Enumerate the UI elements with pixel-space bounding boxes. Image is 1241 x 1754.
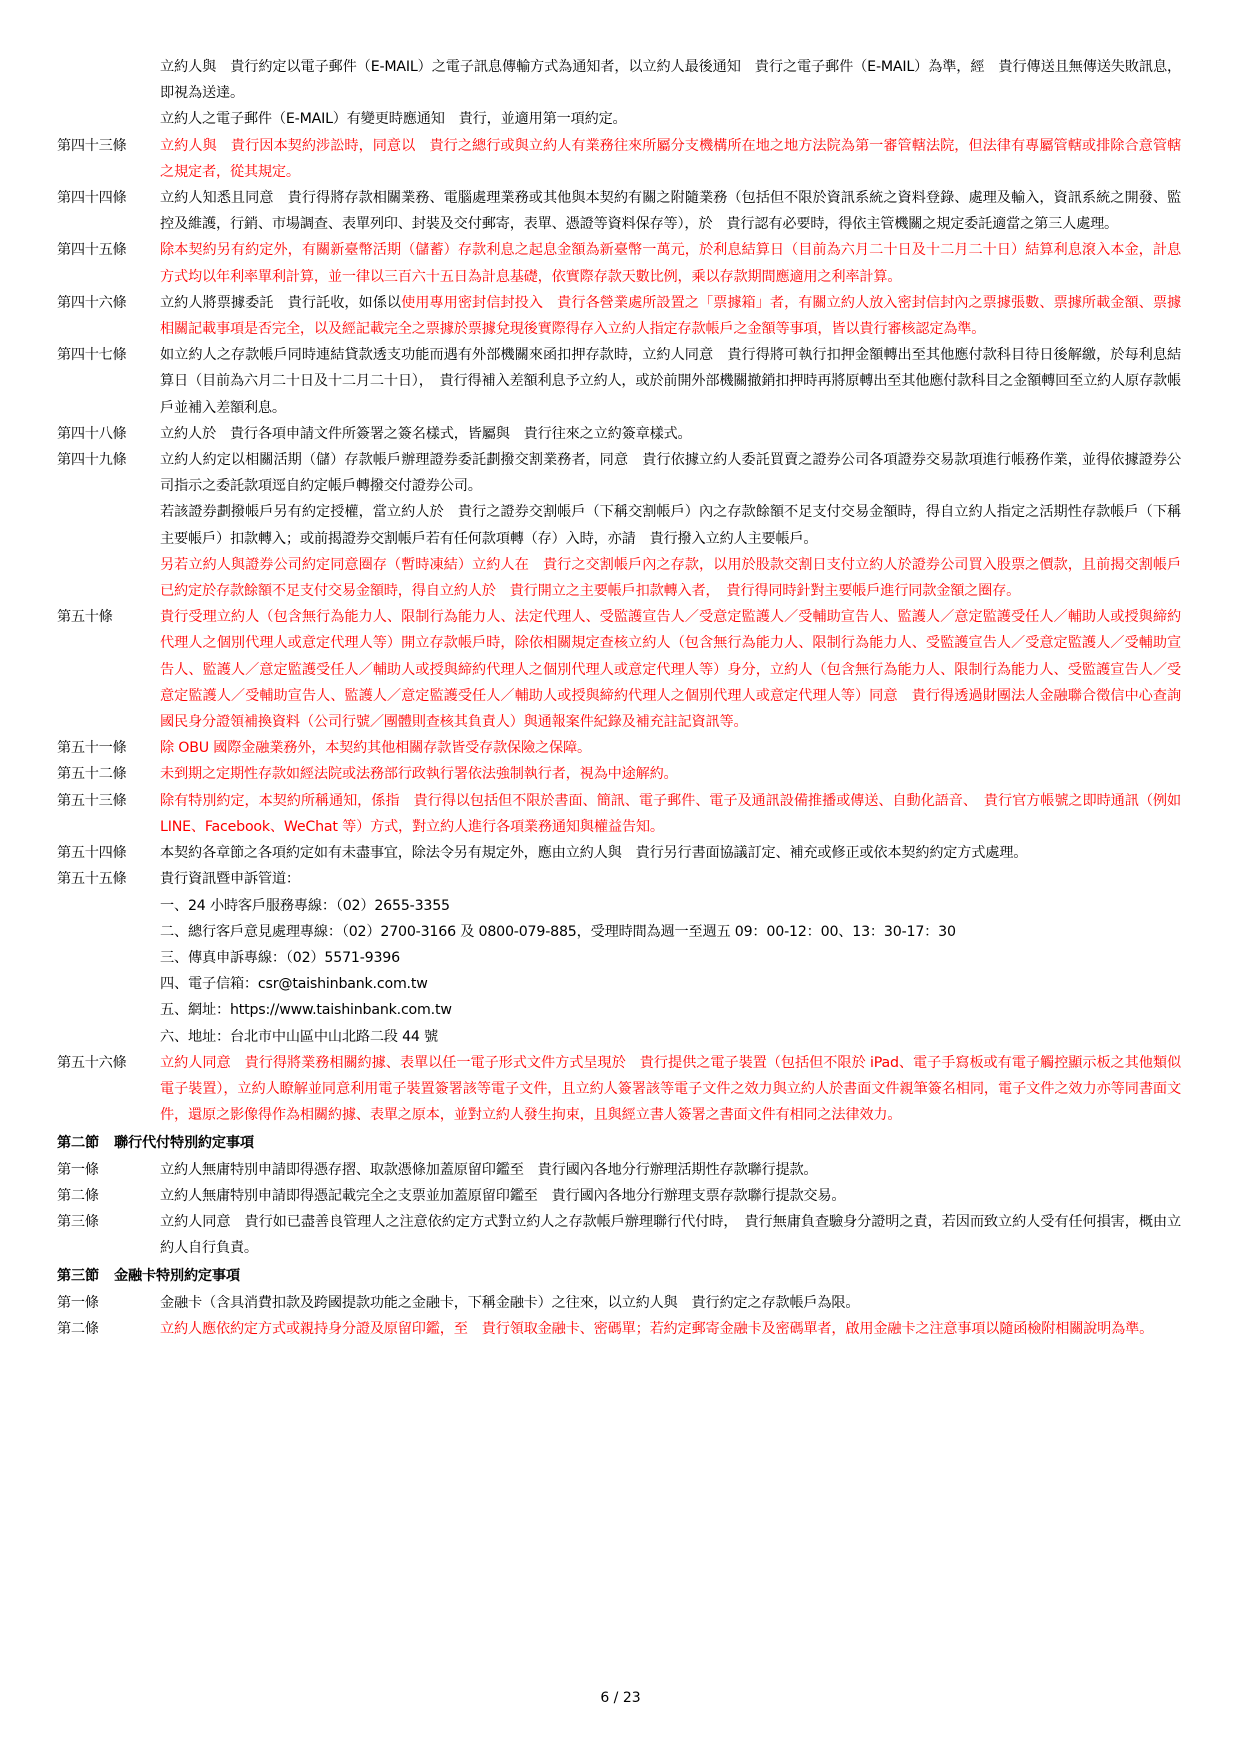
article-body: 立約人與 貴行約定以電子郵件（E-MAIL）之電子訊息傳輸方式為通知者，以立約人… [160, 54, 1181, 133]
article-45: 第四十五條 除本契約另有約定外，有關新臺幣活期（儲蓄）存款利息之起息金額為新臺幣… [57, 237, 1181, 289]
continuation-paragraph: 立約人與 貴行約定以電子郵件（E-MAIL）之電子訊息傳輸方式為通知者，以立約人… [57, 54, 1181, 133]
article-body: 立約人於 貴行各項申請文件所簽署之簽名樣式，皆屬與 貴行往來之立約簽章樣式。 [160, 421, 1181, 447]
paragraph-text: 貴行資訊暨申訴管道： [160, 866, 1181, 892]
paragraph-text: 立約人將票據委託 貴行託收，如係以 [160, 295, 401, 311]
article-body: 除 OBU 國際金融業務外，本契約其他相關存款皆受存款保險之保障。 [160, 735, 1181, 761]
article-body: 金融卡（含具消費扣款及跨國提款功能之金融卡，下稱金融卡）之往來，以立約人與 貴行… [160, 1290, 1181, 1316]
article-43: 第四十三條 立約人與 貴行因本契約涉訟時，同意以 貴行之總行或與立約人有業務往來… [57, 133, 1181, 185]
article-54: 第五十四條 本契約各章節之各項約定如有未盡事宜，除法令另有規定外，應由立約人與 … [57, 840, 1181, 866]
article-body: 除本契約另有約定外，有關新臺幣活期（儲蓄）存款利息之起息金額為新臺幣一萬元，於利… [160, 237, 1181, 289]
article-55: 第五十五條 貴行資訊暨申訴管道： 一、24 小時客戶服務專線：（02）2655-… [57, 866, 1181, 1049]
section3-article-1: 第一條 金融卡（含具消費扣款及跨國提款功能之金融卡，下稱金融卡）之往來，以立約人… [57, 1290, 1181, 1316]
article-label: 第五十二條 [57, 761, 160, 787]
section-heading: 第二節聯行代付特別約定事項 [57, 1130, 1181, 1156]
article-body: 立約人約定以相關活期（儲）存款帳戶辦理證券委託劃撥交割業務者，同意 貴行依據立約… [160, 447, 1181, 604]
contact-email: 四、電子信箱：csr@taishinbank.com.tw [160, 971, 1181, 997]
article-label: 第四十六條 [57, 290, 160, 316]
article-label: 第五十一條 [57, 735, 160, 761]
paragraph-text: 立約人與 貴行約定以電子郵件（E-MAIL）之電子訊息傳輸方式為通知者，以立約人… [160, 54, 1181, 106]
article-label: 第四十七條 [57, 342, 160, 368]
paragraph-text: 立約人於 貴行各項申請文件所簽署之簽名樣式，皆屬與 貴行往來之立約簽章樣式。 [160, 421, 1181, 447]
article-label: 第四十三條 [57, 133, 160, 159]
article-body: 如立約人之存款帳戶同時連結貸款透支功能而遇有外部機關來函扣押存款時，立約人同意 … [160, 342, 1181, 421]
paragraph-text: 除 OBU 國際金融業務外，本契約其他相關存款皆受存款保險之保障。 [160, 735, 1181, 761]
contact-website: 五、網址：https://www.taishinbank.com.tw [160, 997, 1181, 1023]
article-body: 立約人應依約定方式或親持身分證及原留印鑑，至 貴行領取金融卡、密碼單；若約定郵寄… [160, 1316, 1181, 1342]
section2-article-3: 第三條 立約人同意 貴行如已盡善良管理人之注意依約定方式對立約人之存款帳戶辦理聯… [57, 1209, 1181, 1261]
article-52: 第五十二條 未到期之定期性存款如經法院或法務部行政執行署依法強制執行者，視為中途… [57, 761, 1181, 787]
paragraph-text: 除本契約另有約定外，有關新臺幣活期（儲蓄）存款利息之起息金額為新臺幣一萬元，於利… [160, 237, 1181, 289]
article-label: 第五十五條 [57, 866, 160, 892]
paragraph-text: 立約人約定以相關活期（儲）存款帳戶辦理證券委託劃撥交割業務者，同意 貴行依據立約… [160, 447, 1181, 499]
section-number: 第二節 [57, 1130, 114, 1156]
section2-article-2: 第二條 立約人無庸特別申請即得憑記載完全之支票並加蓋原留印鑑至 貴行國內各地分行… [57, 1183, 1181, 1209]
contact-fax: 三、傳真申訴專線：（02）5571-9396 [160, 945, 1181, 971]
article-label: 第四十八條 [57, 421, 160, 447]
article-label: 第五十六條 [57, 1050, 160, 1076]
article-53: 第五十三條 除有特別約定，本契約所稱通知，係指 貴行得以包括但不限於書面、簡訊、… [57, 788, 1181, 840]
paragraph-text: 除有特別約定，本契約所稱通知，係指 貴行得以包括但不限於書面、簡訊、電子郵件、電… [160, 788, 1181, 840]
section2-article-1: 第一條 立約人無庸特別申請即得憑存摺、取款憑條加蓋原留印鑑至 貴行國內各地分行辦… [57, 1157, 1181, 1183]
paragraph-text: 立約人同意 貴行如已盡善良管理人之注意依約定方式對立約人之存款帳戶辦理聯行代付時… [160, 1209, 1181, 1261]
article-body: 貴行受理立約人（包含無行為能力人、限制行為能力人、法定代理人、受監護宣告人／受意… [160, 604, 1181, 735]
article-label: 第四十四條 [57, 185, 160, 211]
article-label: 第五十三條 [57, 788, 160, 814]
article-44: 第四十四條 立約人知悉且同意 貴行得將存款相關業務、電腦處理業務或其他與本契約有… [57, 185, 1181, 237]
paragraph-text: 立約人無庸特別申請即得憑存摺、取款憑條加蓋原留印鑑至 貴行國內各地分行辦理活期性… [160, 1157, 1181, 1183]
article-label: 第二條 [57, 1183, 160, 1209]
article-body: 貴行資訊暨申訴管道： 一、24 小時客戶服務專線：（02）2655-3355 二… [160, 866, 1181, 1049]
section-heading: 第三節金融卡特別約定事項 [57, 1263, 1181, 1289]
article-50: 第五十條 貴行受理立約人（包含無行為能力人、限制行為能力人、法定代理人、受監護宣… [57, 604, 1181, 735]
section-title: 聯行代付特別約定事項 [114, 1135, 254, 1151]
paragraph-text: 立約人無庸特別申請即得憑記載完全之支票並加蓋原留印鑑至 貴行國內各地分行辦理支票… [160, 1183, 1181, 1209]
article-body: 除有特別約定，本契約所稱通知，係指 貴行得以包括但不限於書面、簡訊、電子郵件、電… [160, 788, 1181, 840]
paragraph-text: 如立約人之存款帳戶同時連結貸款透支功能而遇有外部機關來函扣押存款時，立約人同意 … [160, 342, 1181, 421]
page-number: 6 / 23 [0, 1690, 1241, 1706]
article-label: 第二條 [57, 1316, 160, 1342]
article-body: 未到期之定期性存款如經法院或法務部行政執行署依法強制執行者，視為中途解約。 [160, 761, 1181, 787]
section-title: 金融卡特別約定事項 [114, 1268, 240, 1284]
article-label: 第三條 [57, 1209, 160, 1235]
paragraph-text: 立約人之電子郵件（E-MAIL）有變更時應通知 貴行，並適用第一項約定。 [160, 106, 1181, 132]
article-48: 第四十八條 立約人於 貴行各項申請文件所簽署之簽名樣式，皆屬與 貴行往來之立約簽… [57, 421, 1181, 447]
article-47: 第四十七條 如立約人之存款帳戶同時連結貸款透支功能而遇有外部機關來函扣押存款時，… [57, 342, 1181, 421]
paragraph-text: 立約人應依約定方式或親持身分證及原留印鑑，至 貴行領取金融卡、密碼單；若約定郵寄… [160, 1316, 1181, 1342]
paragraph-text: 立約人同意 貴行得將業務相關約據、表單以任一電子形式文件方式呈現於 貴行提供之電… [160, 1050, 1181, 1129]
section3-article-2: 第二條 立約人應依約定方式或親持身分證及原留印鑑，至 貴行領取金融卡、密碼單；若… [57, 1316, 1181, 1342]
article-label: 第五十條 [57, 604, 160, 630]
article-body: 本契約各章節之各項約定如有未盡事宜，除法令另有規定外，應由立約人與 貴行另行書面… [160, 840, 1181, 866]
paragraph-text: 未到期之定期性存款如經法院或法務部行政執行署依法強制執行者，視為中途解約。 [160, 761, 1181, 787]
article-body: 立約人將票據委託 貴行託收，如係以使用專用密封信封投入 貴行各營業處所設置之「票… [160, 290, 1181, 342]
section-number: 第三節 [57, 1263, 114, 1289]
article-51: 第五十一條 除 OBU 國際金融業務外，本契約其他相關存款皆受存款保險之保障。 [57, 735, 1181, 761]
article-body: 立約人同意 貴行得將業務相關約據、表單以任一電子形式文件方式呈現於 貴行提供之電… [160, 1050, 1181, 1129]
article-body: 立約人與 貴行因本契約涉訟時，同意以 貴行之總行或與立約人有業務往來所屬分支機構… [160, 133, 1181, 185]
paragraph-text: 另若立約人與證券公司約定同意圈存（暫時凍結）立約人在 貴行之交割帳戶內之存款，以… [160, 552, 1181, 604]
contact-phone-24h: 一、24 小時客戶服務專線：（02）2655-3355 [160, 893, 1181, 919]
article-label: 第一條 [57, 1157, 160, 1183]
paragraph-text: 立約人與 貴行因本契約涉訟時，同意以 貴行之總行或與立約人有業務往來所屬分支機構… [160, 133, 1181, 185]
paragraph-text: 金融卡（含具消費扣款及跨國提款功能之金融卡，下稱金融卡）之往來，以立約人與 貴行… [160, 1290, 1181, 1316]
article-body: 立約人同意 貴行如已盡善良管理人之注意依約定方式對立約人之存款帳戶辦理聯行代付時… [160, 1209, 1181, 1261]
article-body: 立約人知悉且同意 貴行得將存款相關業務、電腦處理業務或其他與本契約有關之附隨業務… [160, 185, 1181, 237]
article-56: 第五十六條 立約人同意 貴行得將業務相關約據、表單以任一電子形式文件方式呈現於 … [57, 1050, 1181, 1129]
article-label: 第四十五條 [57, 237, 160, 263]
article-49: 第四十九條 立約人約定以相關活期（儲）存款帳戶辦理證券委託劃撥交割業務者，同意 … [57, 447, 1181, 604]
article-body: 立約人無庸特別申請即得憑存摺、取款憑條加蓋原留印鑑至 貴行國內各地分行辦理活期性… [160, 1157, 1181, 1183]
contact-address: 六、地址：台北市中山區中山北路二段 44 號 [160, 1024, 1181, 1050]
article-label: 第五十四條 [57, 840, 160, 866]
paragraph-text: 本契約各章節之各項約定如有未盡事宜，除法令另有規定外，應由立約人與 貴行另行書面… [160, 840, 1181, 866]
article-46: 第四十六條 立約人將票據委託 貴行託收，如係以使用專用密封信封投入 貴行各營業處… [57, 290, 1181, 342]
article-label: 第一條 [57, 1290, 160, 1316]
article-label: 第四十九條 [57, 447, 160, 473]
paragraph-text: 若該證券劃撥帳戶另有約定授權，當立約人於 貴行之證券交割帳戶（下稱交割帳戶）內之… [160, 499, 1181, 551]
paragraph-text: 貴行受理立約人（包含無行為能力人、限制行為能力人、法定代理人、受監護宣告人／受意… [160, 604, 1181, 735]
contact-complaint-line: 二、總行客戶意見處理專線：（02）2700-3166 及 0800-079-88… [160, 919, 1181, 945]
paragraph-text: 立約人知悉且同意 貴行得將存款相關業務、電腦處理業務或其他與本契約有關之附隨業務… [160, 185, 1181, 237]
document-page: 立約人與 貴行約定以電子郵件（E-MAIL）之電子訊息傳輸方式為通知者，以立約人… [57, 54, 1181, 1342]
article-body: 立約人無庸特別申請即得憑記載完全之支票並加蓋原留印鑑至 貴行國內各地分行辦理支票… [160, 1183, 1181, 1209]
